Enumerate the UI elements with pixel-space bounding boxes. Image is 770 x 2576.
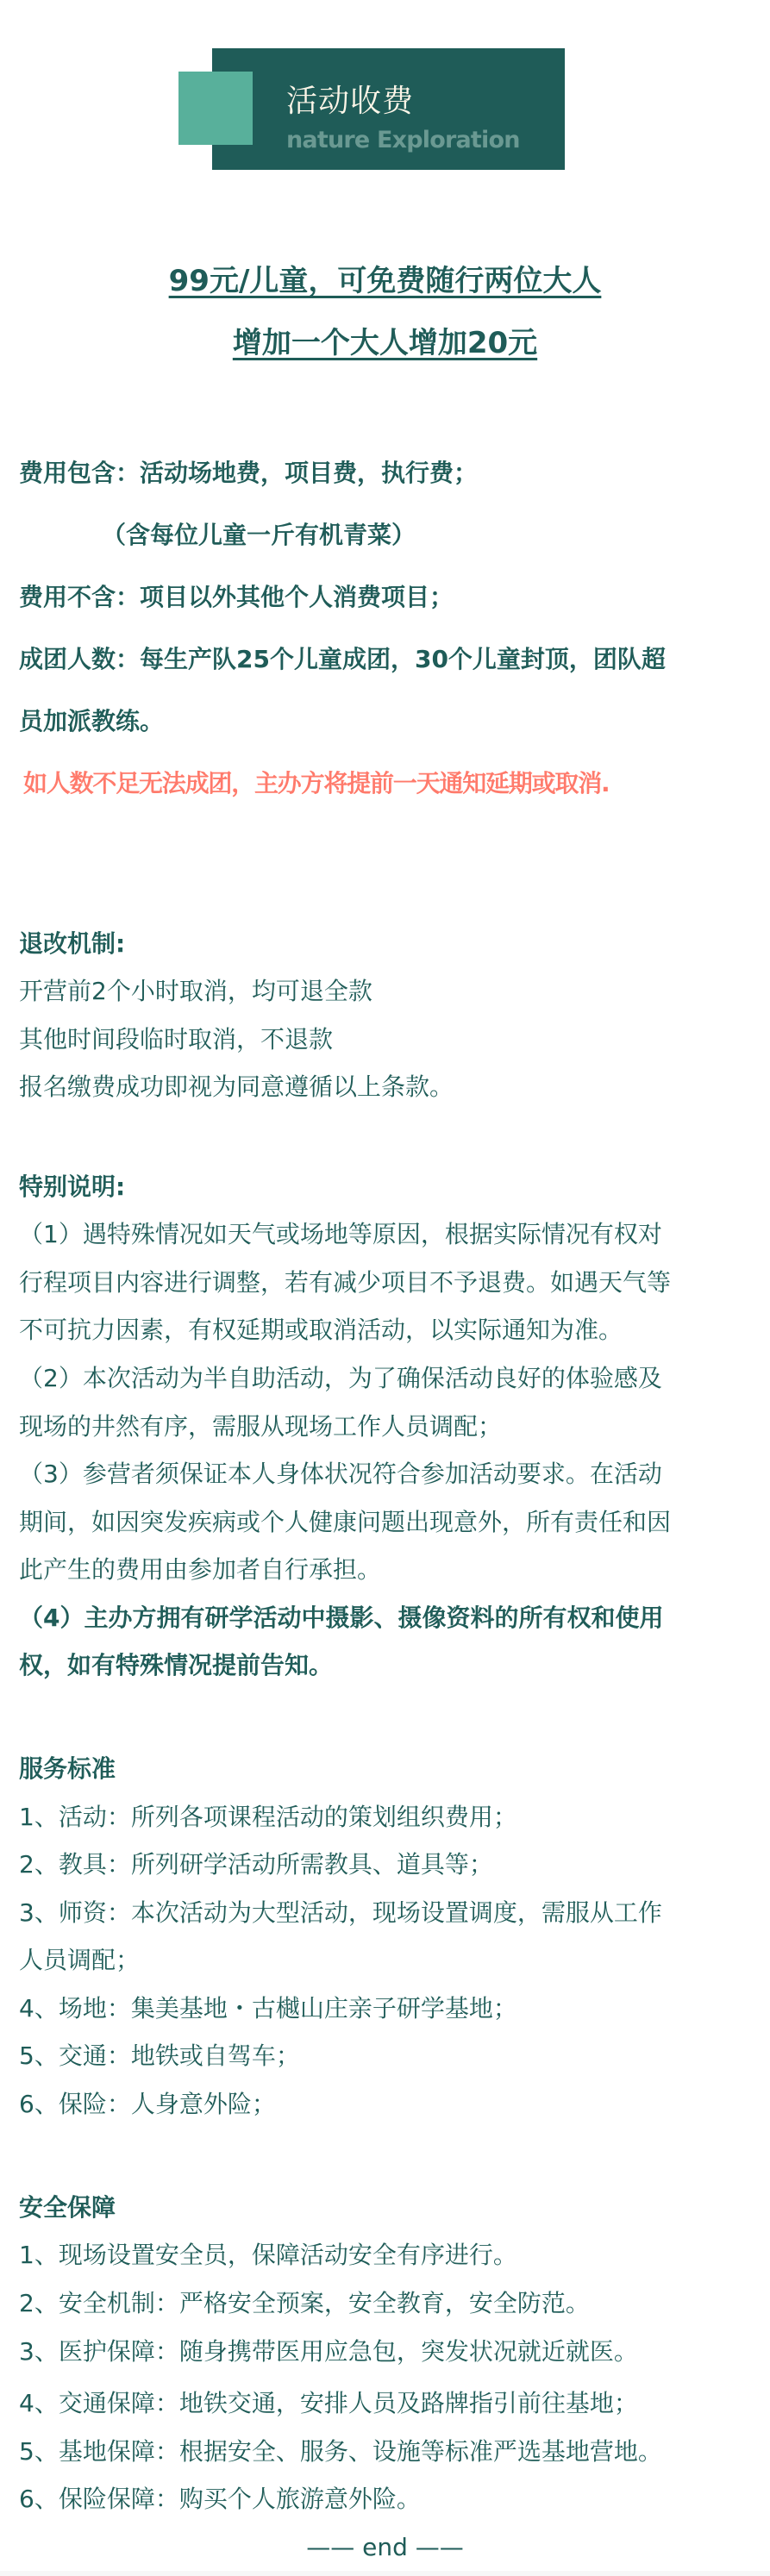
safety-line: 5、基地保障：根据安全、服务、设施等标准严选基地营地。	[19, 2435, 662, 2469]
refund-heading: 退改机制:	[19, 927, 125, 961]
safety-line: 3、医护保障：随身携带医用应急包，突发状况就近就医。	[19, 2335, 638, 2369]
group-size-line-1: 成团人数：每生产队25个儿童成团，30个儿童封顶，团队超	[19, 642, 666, 677]
special-line-bold: 权，如有特殊情况提前告知。	[19, 1648, 333, 1683]
service-line: 1、活动：所列各项课程活动的策划组织费用；	[19, 1800, 517, 1835]
fees-excluded: 费用不含：项目以外其他个人消费项目；	[19, 580, 454, 615]
cancellation-warning: 如人数不足无法成团，主办方将提前一天通知延期或取消.	[23, 766, 609, 801]
special-line: （3）参营者须保证本人身体状况符合参加活动要求。在活动	[19, 1457, 662, 1491]
special-line: 期间，如因突发疾病或个人健康问题出现意外，所有责任和因	[19, 1505, 671, 1540]
section-subtitle: nature Exploration	[286, 126, 520, 155]
price-line-2: 增加一个大人增加20元	[0, 324, 770, 362]
special-heading: 特别说明:	[19, 1170, 125, 1204]
special-line: 此产生的费用由参加者自行承担。	[19, 1553, 381, 1587]
refund-line: 开营前2个小时取消，均可退全款	[19, 974, 372, 1009]
safety-line: 6、保险保障：购买个人旅游意外险。	[19, 2482, 421, 2517]
fees-included: 费用包含：活动场地费，项目费，执行费；	[19, 456, 478, 491]
fees-included-note: （含每位儿童一斤有机青菜）	[102, 518, 416, 553]
special-line: 现场的井然有序，需服从现场工作人员调配；	[19, 1410, 502, 1444]
bottom-strip	[0, 2571, 770, 2576]
end-marker: —— end ——	[0, 2530, 770, 2565]
safety-line: 2、安全机制：严格安全预案，安全教育，安全防范。	[19, 2286, 590, 2321]
service-line: 4、场地：集美基地・古樾山庄亲子研学基地；	[19, 1991, 517, 2026]
refund-line: 报名缴费成功即视为同意遵循以上条款。	[19, 1070, 454, 1104]
group-size-line-2: 员加派教练。	[19, 704, 164, 739]
service-heading: 服务标准	[19, 1752, 116, 1786]
header-accent-square	[178, 72, 253, 145]
safety-line: 1、现场设置安全员，保障活动安全有序进行。	[19, 2238, 517, 2273]
special-line: （2）本次活动为半自助活动，为了确保活动良好的体验感及	[19, 1361, 662, 1396]
service-line: 5、交通：地铁或自驾车；	[19, 2039, 300, 2073]
price-line-1: 99元/儿童，可免费随行两位大人	[0, 262, 770, 300]
special-line: 不可抗力因素，有权延期或取消活动，以实际通知为准。	[19, 1313, 623, 1347]
section-title: 活动收费	[286, 83, 414, 121]
service-line: 人员调配；	[19, 1943, 140, 1978]
service-line: 2、教具：所列研学活动所需教具、道具等；	[19, 1848, 493, 1882]
safety-line: 4、交通保障：地铁交通，安排人员及路牌指引前往基地；	[19, 2386, 638, 2421]
service-line: 3、师资：本次活动为大型活动，现场设置调度，需服从工作	[19, 1896, 662, 1930]
refund-line: 其他时间段临时取消，不退款	[19, 1022, 333, 1057]
special-line: 行程项目内容进行调整，若有减少项目不予退费。如遇天气等	[19, 1266, 671, 1300]
service-line: 6、保险：人身意外险；	[19, 2087, 276, 2122]
special-line-bold: （4）主办方拥有研学活动中摄影、摄像资料的所有权和使用	[19, 1601, 664, 1635]
safety-heading: 安全保障	[19, 2191, 116, 2225]
special-line: （1）遇特殊情况如天气或场地等原因，根据实际情况有权对	[19, 1217, 662, 1252]
